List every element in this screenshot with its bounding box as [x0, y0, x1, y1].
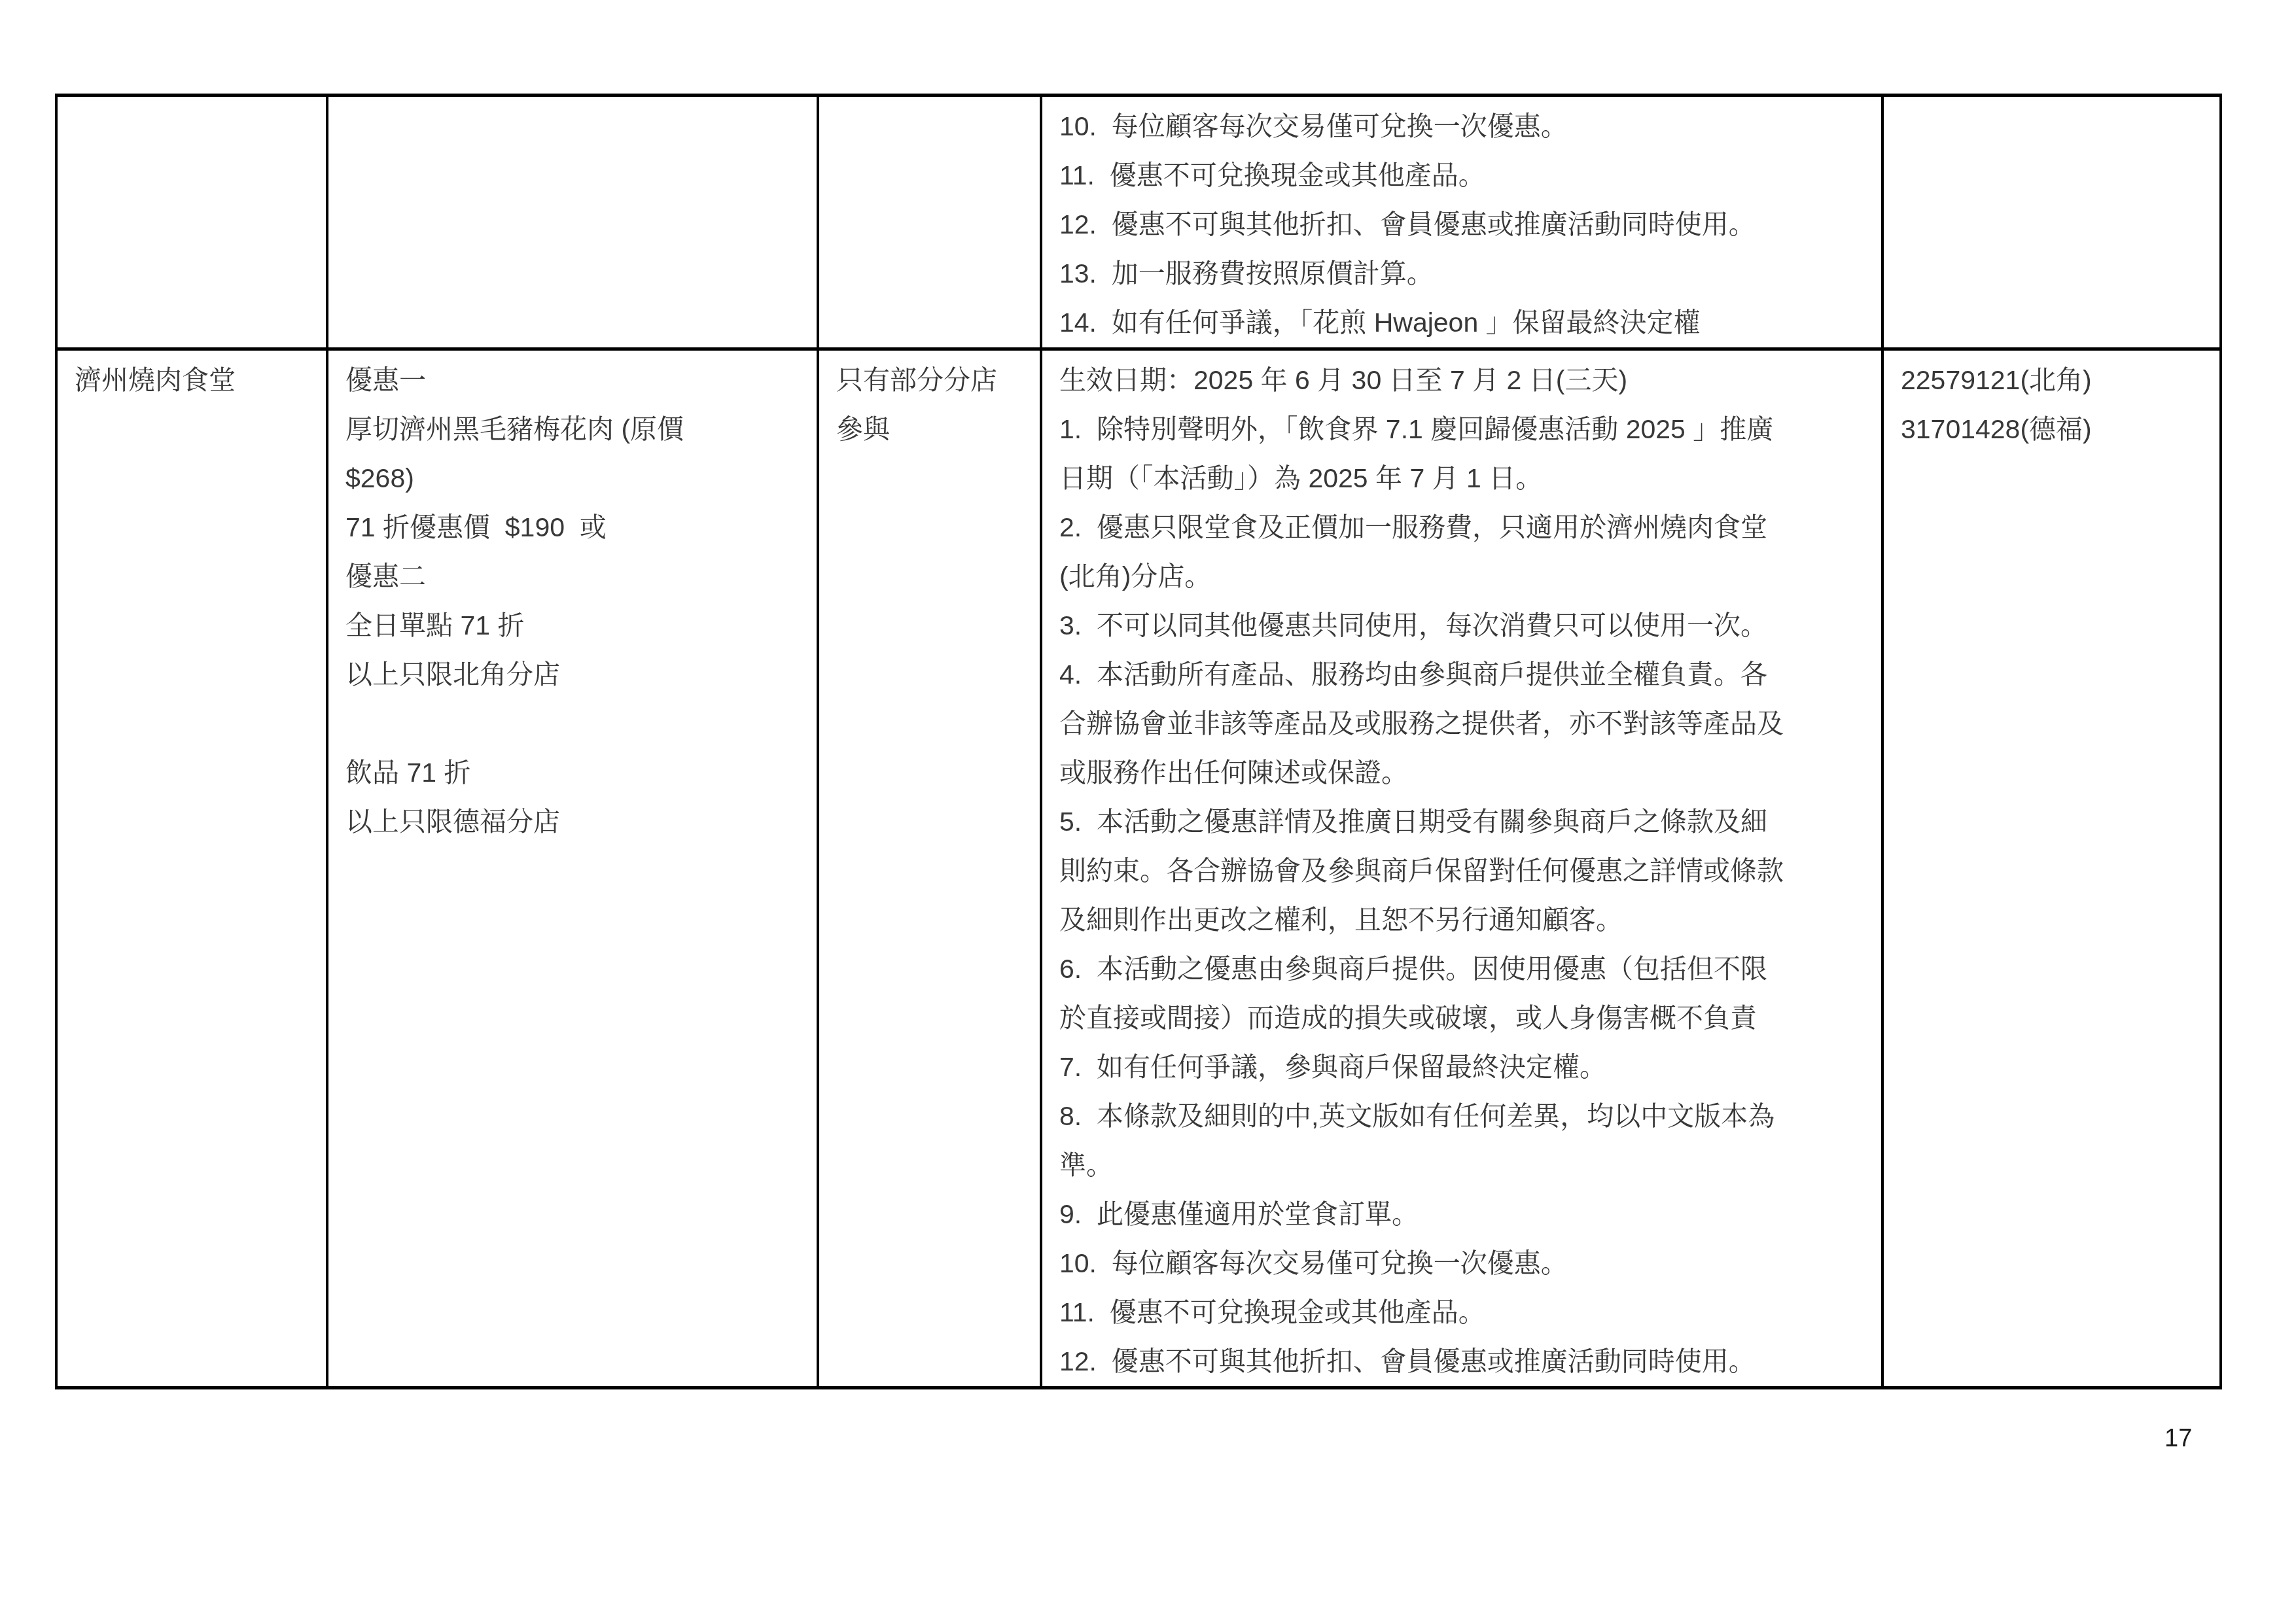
text-line: 71 折優惠價 $190 或: [345, 503, 804, 552]
text-line: 8. 本條款及細則的中,英文版如有任何差異，均以中文版本為: [1059, 1092, 1868, 1141]
cell-offer-empty: [327, 96, 818, 349]
text-line: 11. 優惠不可兌換現金或其他產品。: [1059, 151, 1868, 200]
table-row-partial: 10. 每位顧客每次交易僅可兌換一次優惠。11. 優惠不可兌換現金或其他產品。1…: [56, 96, 2221, 349]
text-line: (北角)分店。: [1059, 552, 1868, 601]
phone-numbers-text: 22579121(北角)31701428(德福): [1901, 356, 2206, 454]
text-line: 則約束。各合辦協會及參與商戶保留對任何優惠之詳情或條款: [1059, 846, 1868, 896]
text-line: 11. 優惠不可兌換現金或其他產品。: [1059, 1288, 1868, 1337]
text-line: 優惠一: [345, 356, 804, 405]
text-line: 全日單點 71 折: [345, 601, 804, 650]
cell-terms-continued: 10. 每位顧客每次交易僅可兌換一次優惠。11. 優惠不可兌換現金或其他產品。1…: [1041, 96, 1882, 349]
text-line: 13. 加一服務費按照原價計算。: [1059, 249, 1868, 298]
text-line: 14. 如有任何爭議，「花煎 Hwajeon 」保留最終決定權: [1059, 298, 1868, 347]
cell-offer-details: 優惠一厚切濟州黑毛豬梅花肉 (原價$268)71 折優惠價 $190 或優惠二全…: [327, 349, 818, 1388]
text-line: 以上只限德福分店: [345, 797, 804, 846]
cell-participation-empty: [818, 96, 1041, 349]
text-line: [345, 699, 804, 748]
text-line: 31701428(德福): [1901, 405, 2206, 454]
text-line: 參與: [836, 405, 1027, 454]
text-line: 以上只限北角分店: [345, 650, 804, 699]
text-line: 9. 此優惠僅適用於堂食訂單。: [1059, 1190, 1868, 1239]
text-line: 於直接或間接）而造成的損失或破壞，或人身傷害概不負責: [1059, 994, 1868, 1043]
text-line: 厚切濟州黑毛豬梅花肉 (原價: [345, 405, 804, 454]
text-line: 或服務作出任何陳述或保證。: [1059, 748, 1868, 797]
text-line: 7. 如有任何爭議，參與商戶保留最終決定權。: [1059, 1043, 1868, 1092]
text-line: 濟州燒肉食堂: [75, 356, 313, 405]
text-line: 6. 本活動之優惠由參與商戶提供。因使用優惠（包括但不限: [1059, 945, 1868, 994]
text-line: 12. 優惠不可與其他折扣、會員優惠或推廣活動同時使用。: [1059, 200, 1868, 249]
text-line: 及細則作出更改之權利，且恕不另行通知顧客。: [1059, 896, 1868, 945]
terms-and-conditions-text: 生效日期：2025 年 6 月 30 日至 7 月 2 日(三天)1. 除特別聲…: [1059, 356, 1868, 1386]
terms-continued-text: 10. 每位顧客每次交易僅可兌換一次優惠。11. 優惠不可兌換現金或其他產品。1…: [1059, 102, 1868, 347]
text-line: $268): [345, 454, 804, 503]
text-line: 3. 不可以同其他優惠共同使用，每次消費只可以使用一次。: [1059, 601, 1868, 650]
text-line: 日期（「本活動」）為 2025 年 7 月 1 日。: [1059, 454, 1868, 503]
text-line: 準。: [1059, 1141, 1868, 1190]
restaurant-name: 濟州燒肉食堂: [75, 356, 313, 405]
document-page: 10. 每位顧客每次交易僅可兌換一次優惠。11. 優惠不可兌換現金或其他產品。1…: [0, 0, 2296, 1623]
cell-restaurant-empty: [56, 96, 327, 349]
text-line: 22579121(北角): [1901, 356, 2206, 405]
text-line: 只有部分分店: [836, 356, 1027, 405]
text-line: 飲品 71 折: [345, 748, 804, 797]
text-line: 合辦協會並非該等產品及或服務之提供者，亦不對該等產品及: [1059, 699, 1868, 748]
cell-phone-empty: [1882, 96, 2221, 349]
text-line: 1. 除特別聲明外，「飲食界 7.1 慶回歸優惠活動 2025 」推廣: [1059, 405, 1868, 454]
text-line: 5. 本活動之優惠詳情及推廣日期受有關參與商戶之條款及細: [1059, 797, 1868, 846]
text-line: 生效日期：2025 年 6 月 30 日至 7 月 2 日(三天): [1059, 356, 1868, 405]
text-line: 優惠二: [345, 552, 804, 601]
text-line: 10. 每位顧客每次交易僅可兌換一次優惠。: [1059, 102, 1868, 151]
page-number: 17: [2164, 1425, 2192, 1453]
promo-table: 10. 每位顧客每次交易僅可兌換一次優惠。11. 優惠不可兌換現金或其他產品。1…: [55, 94, 2222, 1389]
cell-terms-and-conditions: 生效日期：2025 年 6 月 30 日至 7 月 2 日(三天)1. 除特別聲…: [1041, 349, 1882, 1388]
text-line: 12. 優惠不可與其他折扣、會員優惠或推廣活動同時使用。: [1059, 1337, 1868, 1386]
participation-note-text: 只有部分分店參與: [836, 356, 1027, 454]
text-line: 2. 優惠只限堂食及正價加一服務費，只適用於濟州燒肉食堂: [1059, 503, 1868, 552]
text-line: 10. 每位顧客每次交易僅可兌換一次優惠。: [1059, 1239, 1868, 1288]
cell-phone-numbers: 22579121(北角)31701428(德福): [1882, 349, 2221, 1388]
offer-details-text: 優惠一厚切濟州黑毛豬梅花肉 (原價$268)71 折優惠價 $190 或優惠二全…: [345, 356, 804, 846]
table-row-main: 濟州燒肉食堂 優惠一厚切濟州黑毛豬梅花肉 (原價$268)71 折優惠價 $19…: [56, 349, 2221, 1388]
cell-restaurant-name: 濟州燒肉食堂: [56, 349, 327, 1388]
text-line: 4. 本活動所有產品、服務均由參與商戶提供並全權負責。各: [1059, 650, 1868, 699]
cell-participation-note: 只有部分分店參與: [818, 349, 1041, 1388]
